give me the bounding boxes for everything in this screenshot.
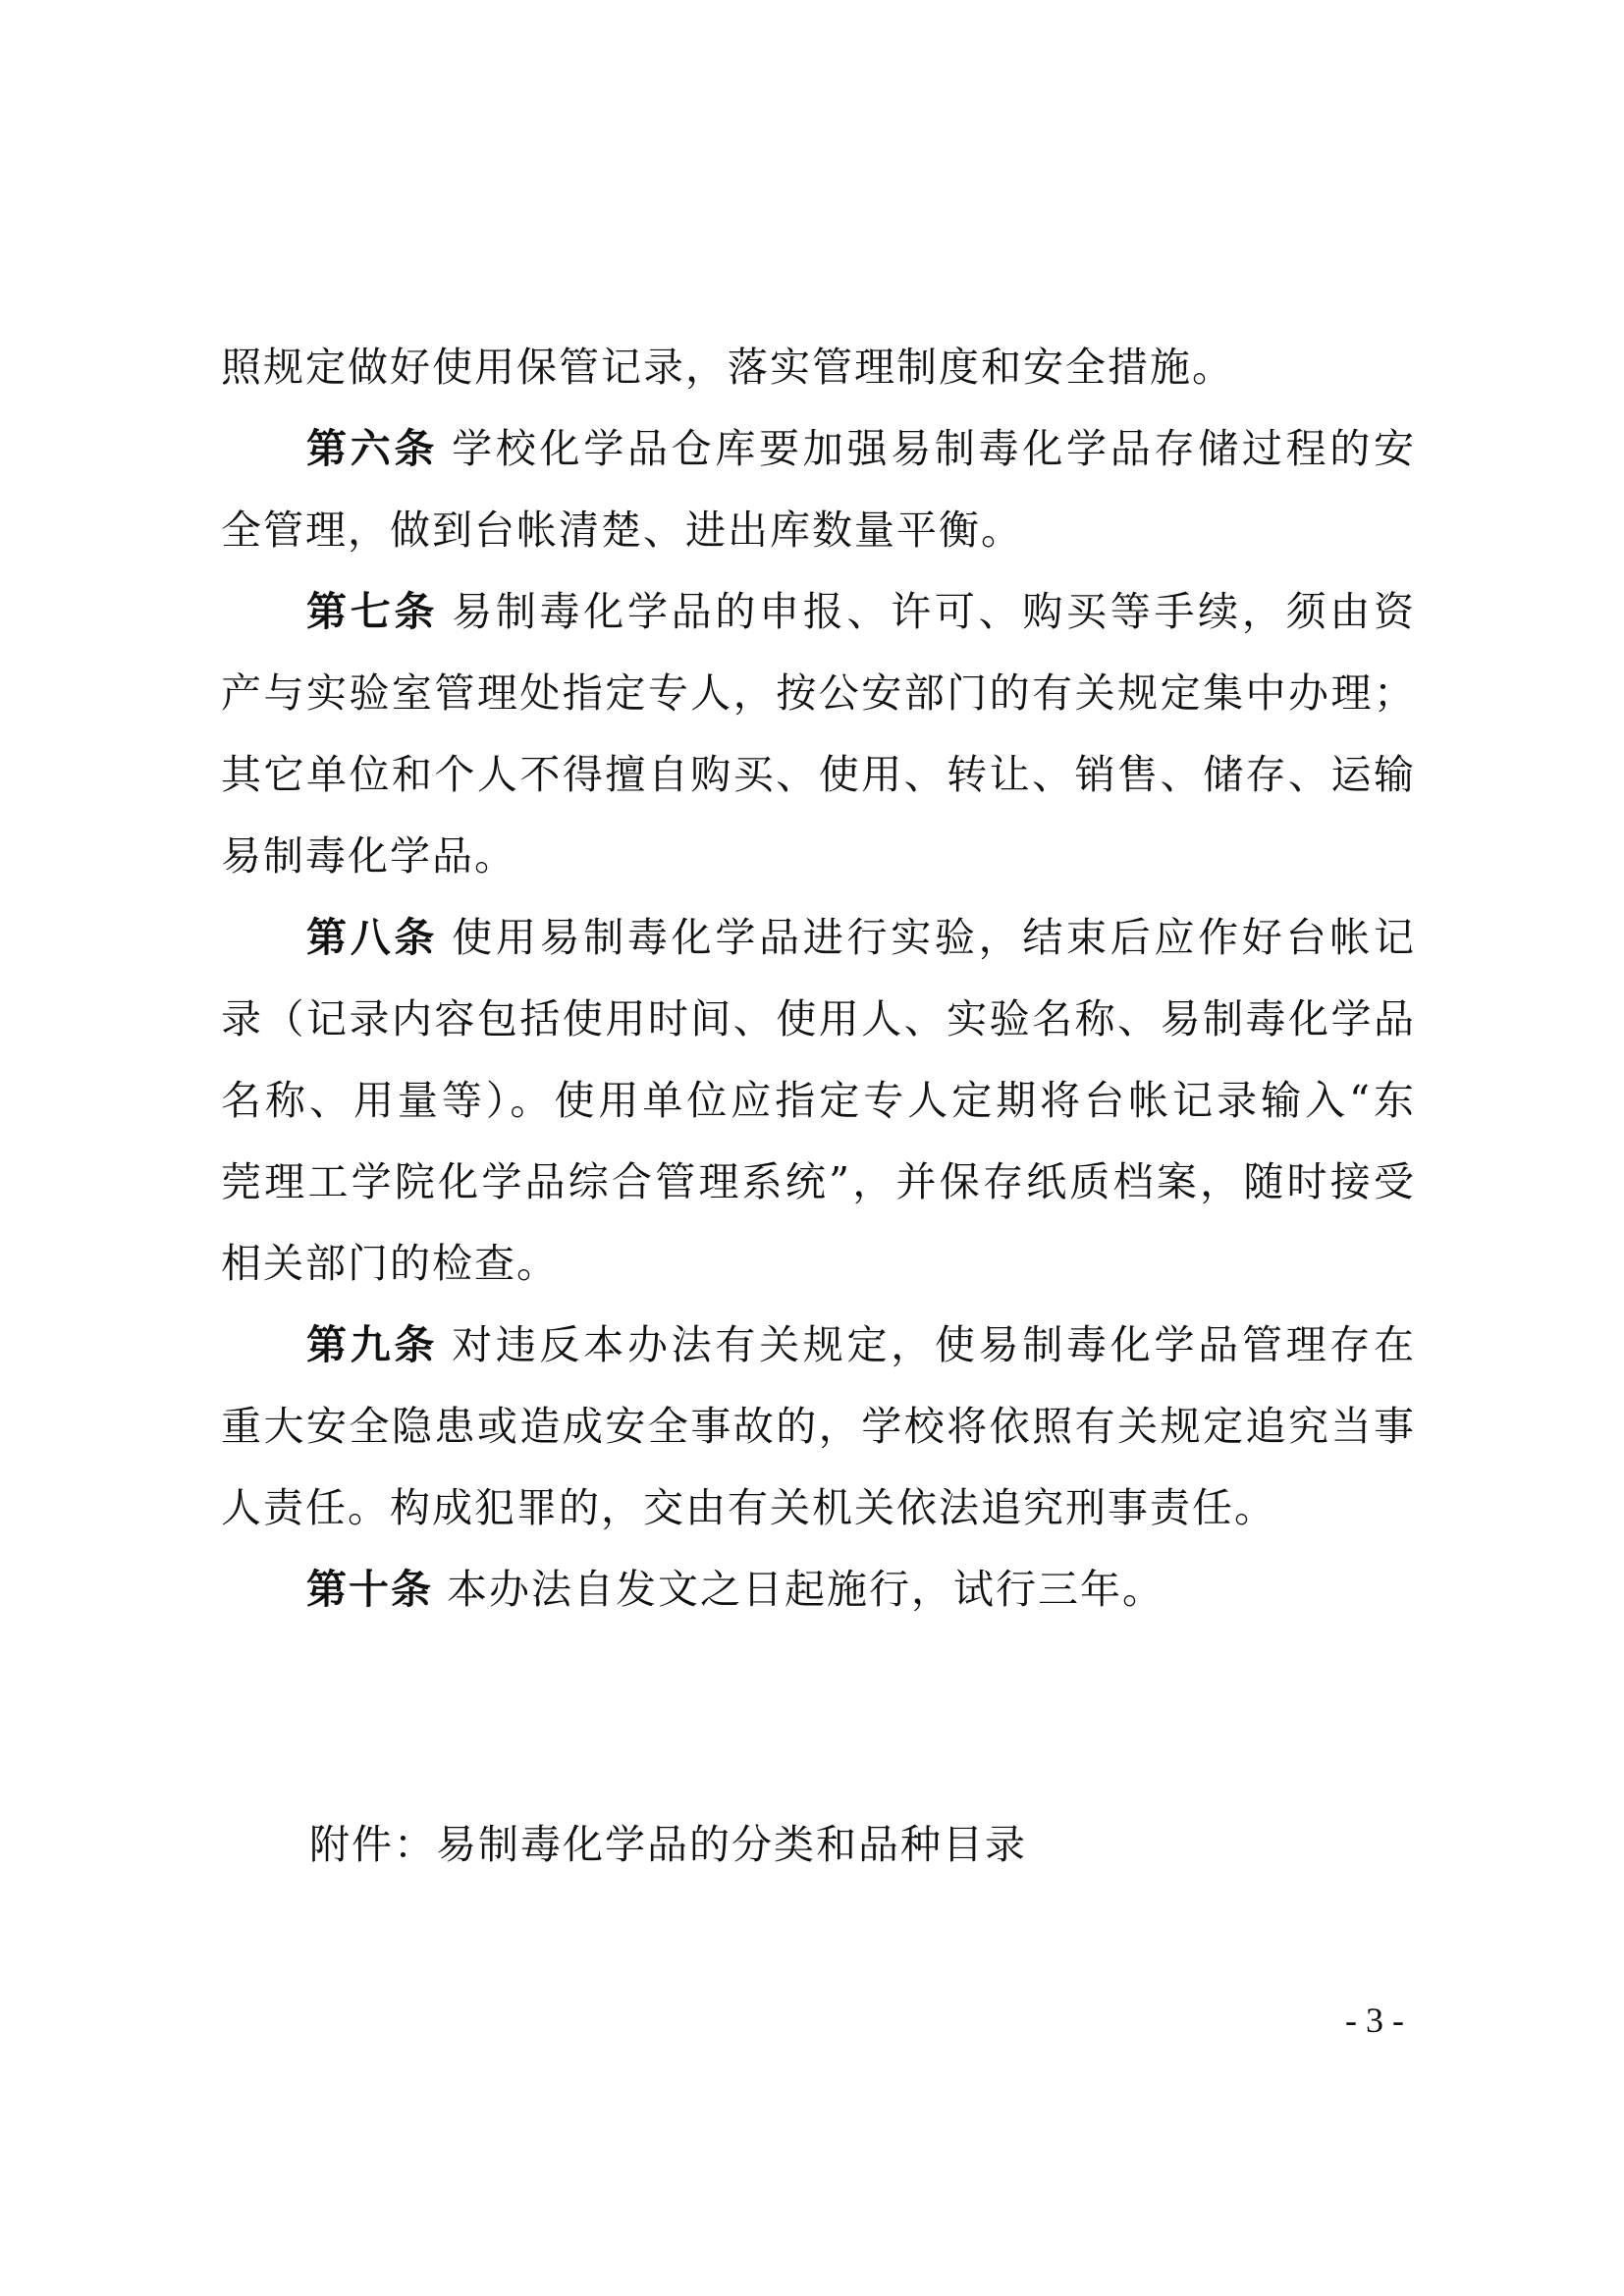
article-9-line-3: 人责任。构成犯罪的，交由有关机关依法追究刑事责任。 [221,1484,1414,1531]
article-10-line-1: 第十条本办法自发文之日起施行，试行三年。 [306,1566,1414,1613]
article-8-heading: 第八条 [306,914,438,961]
article-7-line-2: 产与实验室管理处指定专人，按公安部门的有关规定集中办理； [221,669,1414,717]
page-number: - 3 - [1326,1999,1424,2042]
article-7-line-1: 第七条易制毒化学品的申报、许可、购买等手续，须由资 [306,588,1414,635]
article-7-line-3: 其它单位和个人不得擅自购买、使用、转让、销售、储存、运输 [221,751,1414,798]
article-8-text: 使用易制毒化学品进行实验，结束后应作好台帐记 [452,914,1414,961]
article-10-text: 本办法自发文之日起施行，试行三年。 [447,1566,1164,1613]
article-7-line-4: 易制毒化学品。 [221,832,1414,880]
article-9-heading: 第九条 [306,1321,438,1368]
article-6-text: 学校化学品仓库要加强易制毒化学品存储过程的安 [452,425,1414,472]
article-9-line-1: 第九条对违反本办法有关规定，使易制毒化学品管理存在 [306,1321,1414,1368]
article-8-line-3: 名称、用量等）。使用单位应指定专人定期将台帐记录输入“东 [221,1077,1414,1124]
article-8-line-2: 录（记录内容包括使用时间、使用人、实验名称、易制毒化学品 [221,995,1414,1042]
document-page: 照规定做好使用保管记录，落实管理制度和安全措施。 第六条学校化学品仓库要加强易制… [0,0,1624,2296]
article-9-line-2: 重大安全隐患或造成安全事故的，学校将依照有关规定追究当事 [221,1403,1414,1450]
article-7-heading: 第七条 [306,588,438,635]
article-7-text: 易制毒化学品的申报、许可、购买等手续，须由资 [452,588,1414,635]
attachment-line: 附件：易制毒化学品的分类和品种目录 [309,1821,1027,1868]
paragraph-continuation-line: 照规定做好使用保管记录，落实管理制度和安全措施。 [221,344,1414,391]
article-8-line-5: 相关部门的检查。 [221,1240,1414,1287]
article-6-line-1: 第六条学校化学品仓库要加强易制毒化学品存储过程的安 [306,425,1414,472]
article-6-heading: 第六条 [306,425,438,472]
article-8-line-1: 第八条使用易制毒化学品进行实验，结束后应作好台帐记 [306,914,1414,961]
article-9-text: 对违反本办法有关规定，使易制毒化学品管理存在 [452,1321,1414,1368]
article-6-line-2: 全管理，做到台帐清楚、进出库数量平衡。 [221,507,1414,554]
article-10-heading: 第十条 [306,1566,433,1613]
article-8-line-4: 莞理工学院化学品综合管理系统”，并保存纸质档案，随时接受 [221,1158,1414,1205]
